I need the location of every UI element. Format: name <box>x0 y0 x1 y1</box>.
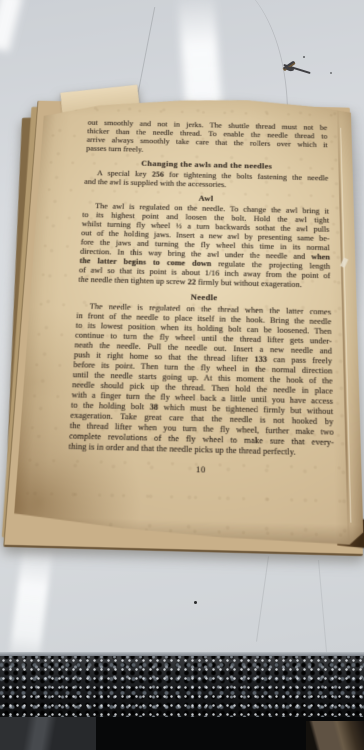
manual-page: out smoothly and not in jerks. The shutt… <box>13 96 364 545</box>
dust-speck <box>330 72 332 74</box>
dust-speck <box>303 56 305 58</box>
floor <box>0 717 364 750</box>
paragraph: out smoothly and not in jerks. The shutt… <box>86 119 328 159</box>
page-body-text: out smoothly and not in jerks. The shutt… <box>68 119 334 459</box>
floor-object <box>306 721 364 750</box>
page-number: 10 <box>67 460 335 477</box>
page-crease <box>337 102 350 544</box>
manual-booklet: out smoothly and not in jerks. The shutt… <box>0 89 364 563</box>
surface-scratch <box>318 560 327 652</box>
paragraph: The awl is regulated on the needle. To c… <box>78 202 331 291</box>
paragraph: The needle is regulated on the thread wh… <box>68 301 334 458</box>
photo-scene: out smoothly and not in jerks. The shutt… <box>0 0 364 750</box>
light-reflection-bottom <box>9 547 52 660</box>
debris-mark <box>280 56 316 84</box>
surface-scratch <box>256 556 269 641</box>
light-reflection-corner <box>0 0 23 52</box>
page-text: out smoothly and not in jerks. The shutt… <box>67 119 335 478</box>
dust-speck <box>194 601 197 604</box>
paragraph: A special key 256 for tightening the bol… <box>84 168 329 191</box>
granite-counter-edge <box>0 656 364 717</box>
floor-panel <box>0 717 96 750</box>
